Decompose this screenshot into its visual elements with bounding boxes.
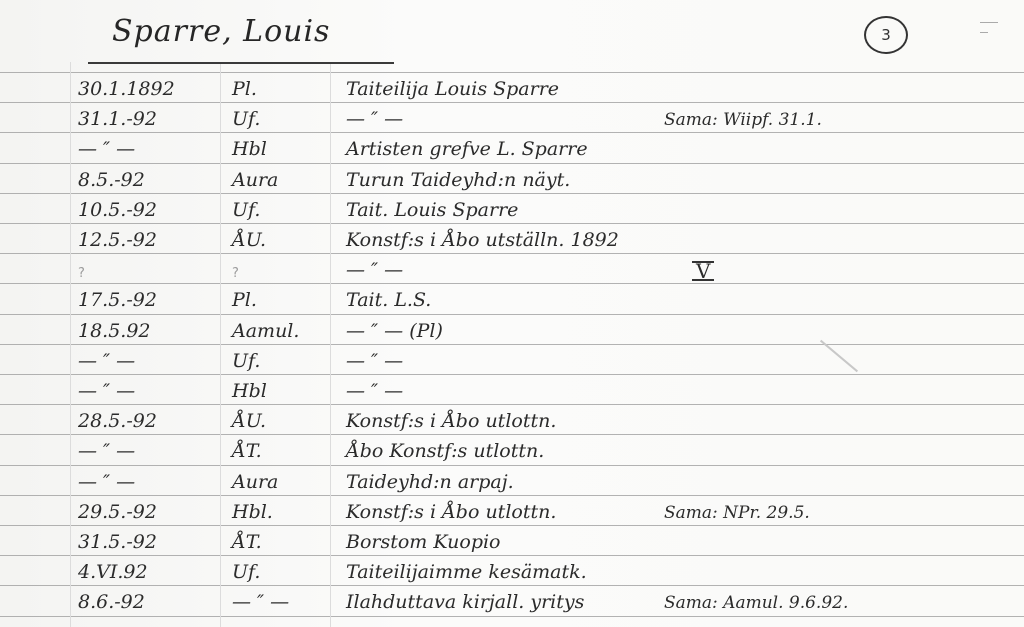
title-underline bbox=[88, 62, 394, 64]
catalog-card: Sparre, Louis 3 30.1.1892Pl.Taiteilija L… bbox=[0, 0, 1024, 627]
entry-text: Åbo Konstf:s utlottn. bbox=[346, 440, 544, 462]
entry-source: Pl. bbox=[232, 289, 257, 311]
entry-date: 8.6.-92 bbox=[78, 591, 145, 613]
entry-row: 28.5.-92ÅU.Konstf:s i Åbo utlottn. bbox=[0, 406, 1024, 436]
entry-date: 29.5.-92 bbox=[78, 501, 157, 523]
entry-text: — ″ — bbox=[346, 108, 403, 130]
entry-text: — ″ — bbox=[346, 380, 403, 402]
entry-row: 30.1.1892Pl.Taiteilija Louis Sparre bbox=[0, 74, 1024, 104]
entry-date: — ″ — bbox=[78, 380, 135, 402]
roman-numeral-mark: V bbox=[692, 261, 714, 281]
entry-note: Sama: Aamul. 9.6.92. bbox=[664, 593, 848, 613]
entry-source: — ″ — bbox=[232, 591, 289, 613]
entry-date: 12.5.-92 bbox=[78, 229, 157, 251]
entry-source: Pl. bbox=[232, 78, 257, 100]
entry-row: 8.6.-92— ″ —Ilahduttava kirjall. yritysS… bbox=[0, 587, 1024, 617]
entry-date: — ″ — bbox=[78, 440, 135, 462]
entry-date: 8.5.-92 bbox=[78, 169, 145, 191]
page-number-badge: 3 bbox=[864, 16, 908, 54]
entry-text: Konstf:s i Åbo utlottn. bbox=[346, 501, 556, 523]
entry-row: — ″ —HblArtisten grefve L. Sparre bbox=[0, 134, 1024, 164]
entry-source: Uf. bbox=[232, 199, 260, 221]
entry-row: 8.5.-92AuraTurun Taideyhd:n näyt. bbox=[0, 165, 1024, 195]
ruled-line bbox=[0, 72, 1024, 73]
entry-source: Hbl. bbox=[232, 501, 273, 523]
entry-source: ÅU. bbox=[232, 410, 266, 432]
entry-date: 18.5.92 bbox=[78, 320, 151, 342]
entry-source: Uf. bbox=[232, 350, 260, 372]
entry-date: — ″ — bbox=[78, 350, 135, 372]
entry-row: 12.5.-92ÅU.Konstf:s i Åbo utställn. 1892 bbox=[0, 225, 1024, 255]
entry-source: ? bbox=[232, 266, 239, 281]
entry-source: ÅT. bbox=[232, 531, 262, 553]
entry-row: 17.5.-92Pl.Tait. L.S. bbox=[0, 285, 1024, 315]
entry-date: — ″ — bbox=[78, 471, 135, 493]
entry-text: Artisten grefve L. Sparre bbox=[346, 138, 588, 160]
entry-row: — ″ —Uf.— ″ — bbox=[0, 346, 1024, 376]
entry-date: — ″ — bbox=[78, 138, 135, 160]
entry-date: 4.VI.92 bbox=[78, 561, 148, 583]
card-title: Sparre, Louis bbox=[112, 14, 330, 49]
entry-date: 31.1.-92 bbox=[78, 108, 157, 130]
entry-row: — ″ —Hbl— ″ — bbox=[0, 376, 1024, 406]
entry-date: 28.5.-92 bbox=[78, 410, 157, 432]
entry-row: 18.5.92Aamul.— ″ — (Pl) bbox=[0, 316, 1024, 346]
entry-text: — ″ — bbox=[346, 259, 403, 281]
entry-date: 10.5.-92 bbox=[78, 199, 157, 221]
entry-text: Borstom Kuopio bbox=[346, 531, 501, 553]
entry-text: Tait. L.S. bbox=[346, 289, 431, 311]
entry-row: ??— ″ —V bbox=[0, 255, 1024, 285]
entry-source: Uf. bbox=[232, 108, 260, 130]
entry-text: — ″ — bbox=[346, 350, 403, 372]
entry-text: Konstf:s i Åbo utlottn. bbox=[346, 410, 556, 432]
entry-source: Aura bbox=[232, 471, 278, 493]
entry-row: — ″ —AuraTaideyhd:n arpaj. bbox=[0, 467, 1024, 497]
entry-source: Aura bbox=[232, 169, 278, 191]
entry-source: Hbl bbox=[232, 138, 267, 160]
entry-date: 31.5.-92 bbox=[78, 531, 157, 553]
entry-text: — ″ — (Pl) bbox=[346, 320, 443, 342]
entry-source: ÅT. bbox=[232, 440, 262, 462]
entry-date: ? bbox=[78, 266, 85, 281]
entry-source: Aamul. bbox=[232, 320, 299, 342]
entry-row: 31.5.-92ÅT.Borstom Kuopio bbox=[0, 527, 1024, 557]
entry-row: 10.5.-92Uf.Tait. Louis Sparre bbox=[0, 195, 1024, 225]
entry-text: Taiteilija Louis Sparre bbox=[346, 78, 559, 100]
entry-source: Hbl bbox=[232, 380, 267, 402]
entry-row: 31.1.-92Uf.— ″ —Sama: Wiipf. 31.1. bbox=[0, 104, 1024, 134]
entry-text: Ilahduttava kirjall. yritys bbox=[346, 591, 584, 613]
entry-text: Tait. Louis Sparre bbox=[346, 199, 518, 221]
entry-row: 29.5.-92Hbl.Konstf:s i Åbo utlottn.Sama:… bbox=[0, 497, 1024, 527]
entry-source: ÅU. bbox=[232, 229, 266, 251]
entry-text: Turun Taideyhd:n näyt. bbox=[346, 169, 570, 191]
entry-date: 30.1.1892 bbox=[78, 78, 175, 100]
entry-text: Taideyhd:n arpaj. bbox=[346, 471, 514, 493]
entry-note: Sama: Wiipf. 31.1. bbox=[664, 110, 822, 130]
entry-row: 4.VI.92Uf.Taiteilijaimme kesämatk. bbox=[0, 557, 1024, 587]
entry-source: Uf. bbox=[232, 561, 260, 583]
entry-row: — ″ —ÅT.Åbo Konstf:s utlottn. bbox=[0, 436, 1024, 466]
corner-marks bbox=[980, 22, 1000, 42]
entry-text: Taiteilijaimme kesämatk. bbox=[346, 561, 587, 583]
entry-date: 17.5.-92 bbox=[78, 289, 157, 311]
entry-note: Sama: NPr. 29.5. bbox=[664, 503, 810, 523]
entry-text: Konstf:s i Åbo utställn. 1892 bbox=[346, 229, 619, 251]
